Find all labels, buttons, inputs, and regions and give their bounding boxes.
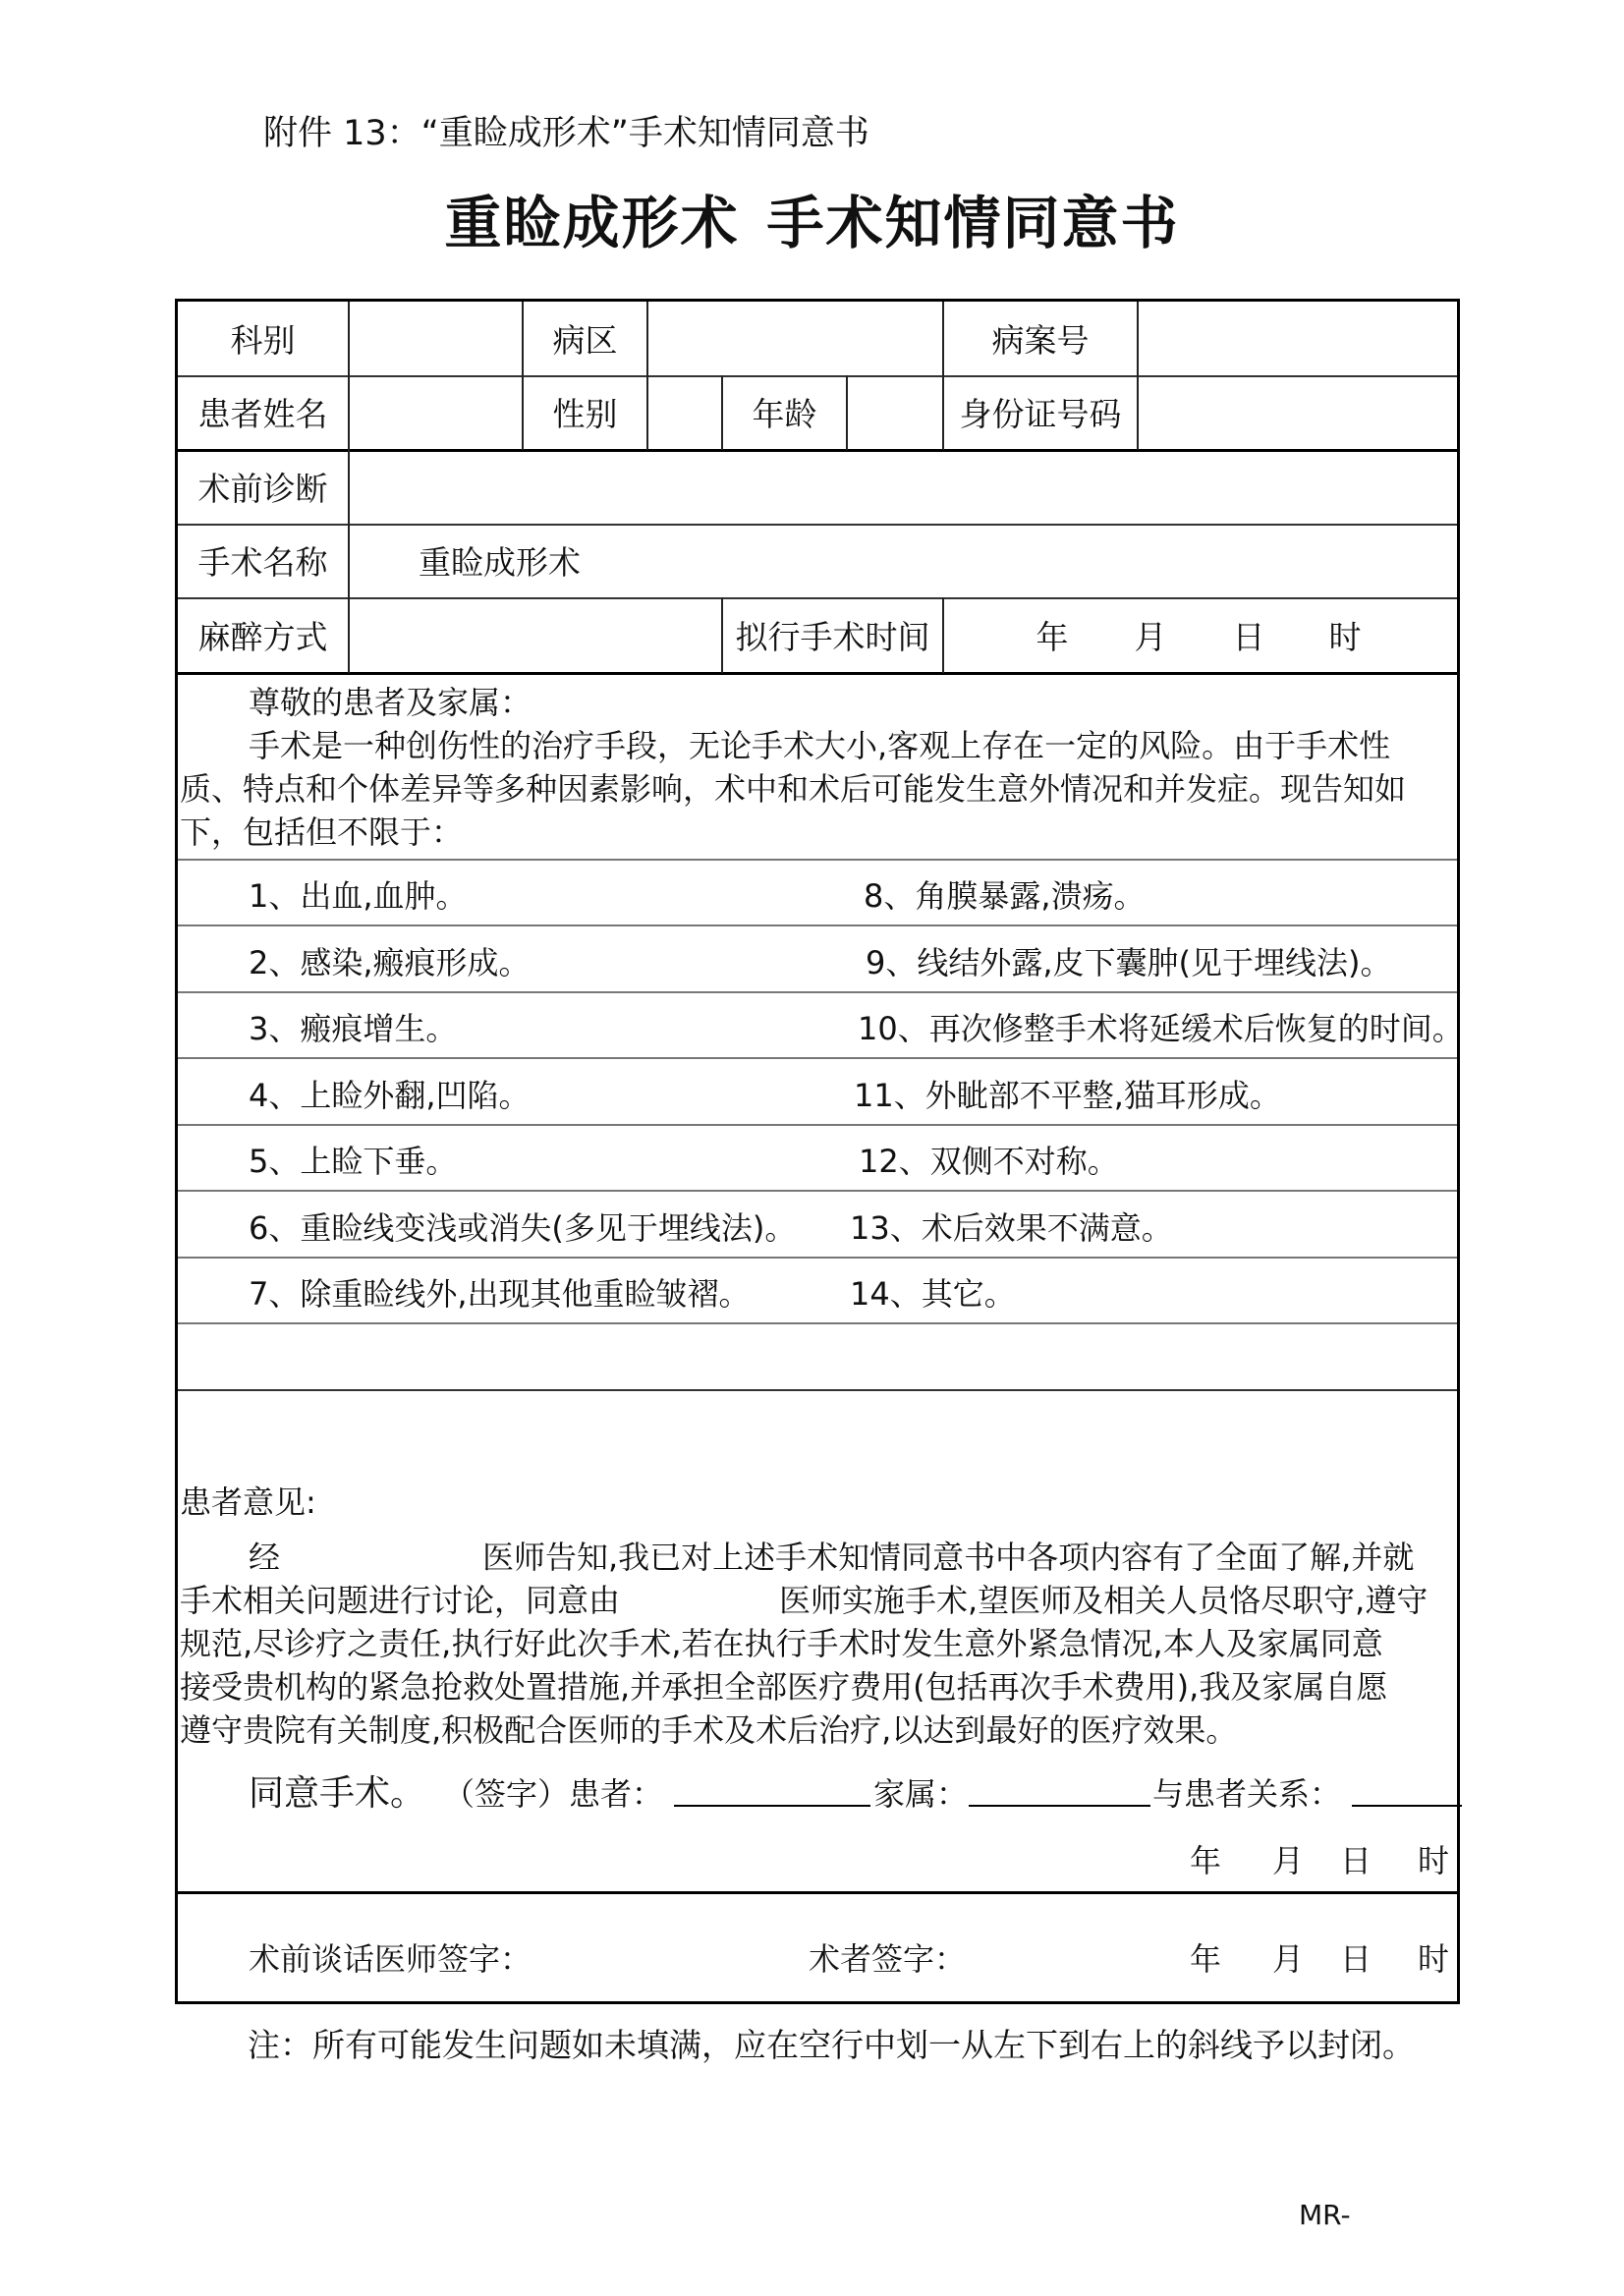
consent-form: 科别 病区 病案号 患者姓名 性别 年龄 身份证号码 术前诊断 手术名称 重睑成…	[175, 299, 1460, 2004]
relation-line[interactable]	[1352, 1775, 1462, 1807]
opinion-month: 月	[1272, 1836, 1304, 1881]
row-divider	[178, 1124, 1457, 1126]
planned-month: 月	[1131, 597, 1170, 672]
row-divider	[178, 1057, 1457, 1059]
patient-opinion-label: 患者意见:	[180, 1481, 316, 1524]
risk-item: 13、术后效果不满意。	[850, 1204, 1173, 1249]
anesthesia-field[interactable]	[350, 597, 721, 672]
risk-item: 10、再次修整手术将延缓术后恢复的时间。	[858, 1004, 1464, 1049]
risk-item: 8、角膜暴露,溃疡。	[864, 871, 1146, 917]
preop-doctor-sign-label: 术前谈话医师签字：	[249, 1934, 532, 1980]
row-divider	[178, 924, 1457, 926]
risk-item: 4、上睑外翻,凹陷。	[249, 1071, 531, 1116]
patient-name-label: 患者姓名	[178, 375, 348, 449]
surgeon-sign-label: 术者签字：	[809, 1934, 966, 1980]
title-consent: 手术知情同意书	[767, 190, 1180, 256]
surgery-name-value: 重睑成形术	[419, 524, 581, 597]
dept-label: 科别	[178, 302, 348, 375]
risk-item: 2、感染,瘢痕形成。	[249, 938, 531, 983]
risk-item: 7、除重睑线外,出现其他重睑皱褶。	[249, 1269, 751, 1315]
opinion-line: 遵守贵院有关制度,积极配合医师的手术及术后治疗,以达到最好的医疗效果。	[180, 1708, 1237, 1752]
ward-field[interactable]	[648, 302, 942, 375]
doctor-sign-day: 日	[1340, 1934, 1372, 1980]
opinion-hour: 时	[1418, 1836, 1449, 1881]
risk-item: 3、瘢痕增生。	[249, 1004, 457, 1049]
surgery-name-label: 手术名称	[178, 524, 348, 597]
dept-field[interactable]	[350, 302, 522, 375]
row-divider	[178, 1322, 1457, 1324]
patient-name-field[interactable]	[350, 375, 522, 449]
row-divider	[178, 1389, 1457, 1391]
risk-item: 1、出血,血肿。	[249, 871, 468, 917]
anesthesia-label: 麻醉方式	[178, 597, 348, 672]
planned-hour: 时	[1325, 597, 1365, 672]
record-number-label: 病案号	[944, 302, 1137, 375]
diagnosis-label: 术前诊断	[178, 450, 348, 524]
notice-line: 手术是一种创伤性的治疗手段，无论手术大小,客观上存在一定的风险。由于手术性	[249, 724, 1390, 767]
title-procedure: 重睑成形术	[444, 190, 739, 256]
col-divider	[942, 597, 944, 673]
risk-item: 11、外眦部不平整,猫耳形成。	[854, 1071, 1281, 1116]
opinion-line: 医师告知,我已对上述手术知情同意书中各项内容有了全面了解,并就	[482, 1536, 1414, 1579]
risk-item: 5、上睑下垂。	[249, 1137, 457, 1182]
row-divider	[178, 1190, 1457, 1192]
id-number-field[interactable]	[1139, 375, 1459, 449]
age-field[interactable]	[848, 375, 942, 449]
opinion-year: 年	[1190, 1836, 1221, 1881]
age-label: 年龄	[723, 375, 846, 449]
row-divider	[178, 524, 1457, 526]
opinion-start: 经	[249, 1536, 280, 1579]
id-number-label: 身份证号码	[944, 375, 1137, 449]
patient-sign-label: （签字）患者：	[443, 1769, 663, 1815]
page-title: 重睑成形术手术知情同意书	[0, 177, 1624, 259]
footnote: 注：所有可能发生问题如未填满，应在空行中划一从左下到右上的斜线予以封闭。	[248, 2020, 1415, 2066]
diagnosis-field[interactable]	[350, 450, 1459, 524]
doctor-sign-hour: 时	[1418, 1934, 1449, 1980]
ward-label: 病区	[524, 302, 646, 375]
opinion-line: 手术相关问题进行讨论，同意由	[180, 1579, 620, 1622]
family-sign-label: 家属：	[873, 1769, 968, 1815]
opinion-line: 医师实施手术,望医师及相关人员恪尽职守,遵守	[779, 1579, 1428, 1622]
doctor-sign-month: 月	[1272, 1934, 1304, 1980]
sex-field[interactable]	[648, 375, 721, 449]
row-divider	[178, 859, 1457, 861]
row-divider	[178, 1891, 1457, 1894]
opinion-line: 接受贵机构的紧急抢救处置措施,并承担全部医疗费用(包括再次手术费用),我及家属自…	[180, 1665, 1387, 1708]
opinion-line: 规范,尽诊疗之责任,执行好此次手术,若在执行手术时发生意外紧急情况,本人及家属同…	[180, 1622, 1383, 1665]
risk-item: 9、线结外露,皮下囊肿(见于埋线法)。	[866, 938, 1392, 983]
risk-item: 14、其它。	[850, 1269, 1016, 1315]
annex-title: 附件 13：“重睑成形术”手术知情同意书	[263, 106, 869, 155]
notice-greeting: 尊敬的患者及家属：	[249, 681, 532, 724]
document-code: MR-	[1299, 2199, 1351, 2231]
patient-signature-line[interactable]	[674, 1775, 870, 1807]
relation-label: 与患者关系：	[1152, 1769, 1341, 1815]
planned-time-label: 拟行手术时间	[723, 597, 942, 672]
notice-line: 质、特点和个体差异等多种因素影响，术中和术后可能发生意外情况和并发症。现告知如	[180, 767, 1406, 811]
opinion-day: 日	[1340, 1836, 1372, 1881]
sex-label: 性别	[524, 375, 646, 449]
family-signature-line[interactable]	[969, 1775, 1150, 1807]
row-divider	[178, 1257, 1457, 1259]
row-divider	[178, 672, 1457, 675]
planned-day: 日	[1229, 597, 1268, 672]
row-divider	[178, 991, 1457, 993]
doctor-sign-year: 年	[1190, 1934, 1221, 1980]
planned-year: 年	[1033, 597, 1072, 672]
record-number-field[interactable]	[1139, 302, 1459, 375]
risk-item: 6、重睑线变浅或消失(多见于埋线法)。	[249, 1204, 796, 1249]
notice-line: 下，包括但不限于：	[180, 811, 463, 854]
risk-item: 12、双侧不对称。	[859, 1137, 1119, 1182]
agree-surgery: 同意手术。	[249, 1765, 425, 1816]
